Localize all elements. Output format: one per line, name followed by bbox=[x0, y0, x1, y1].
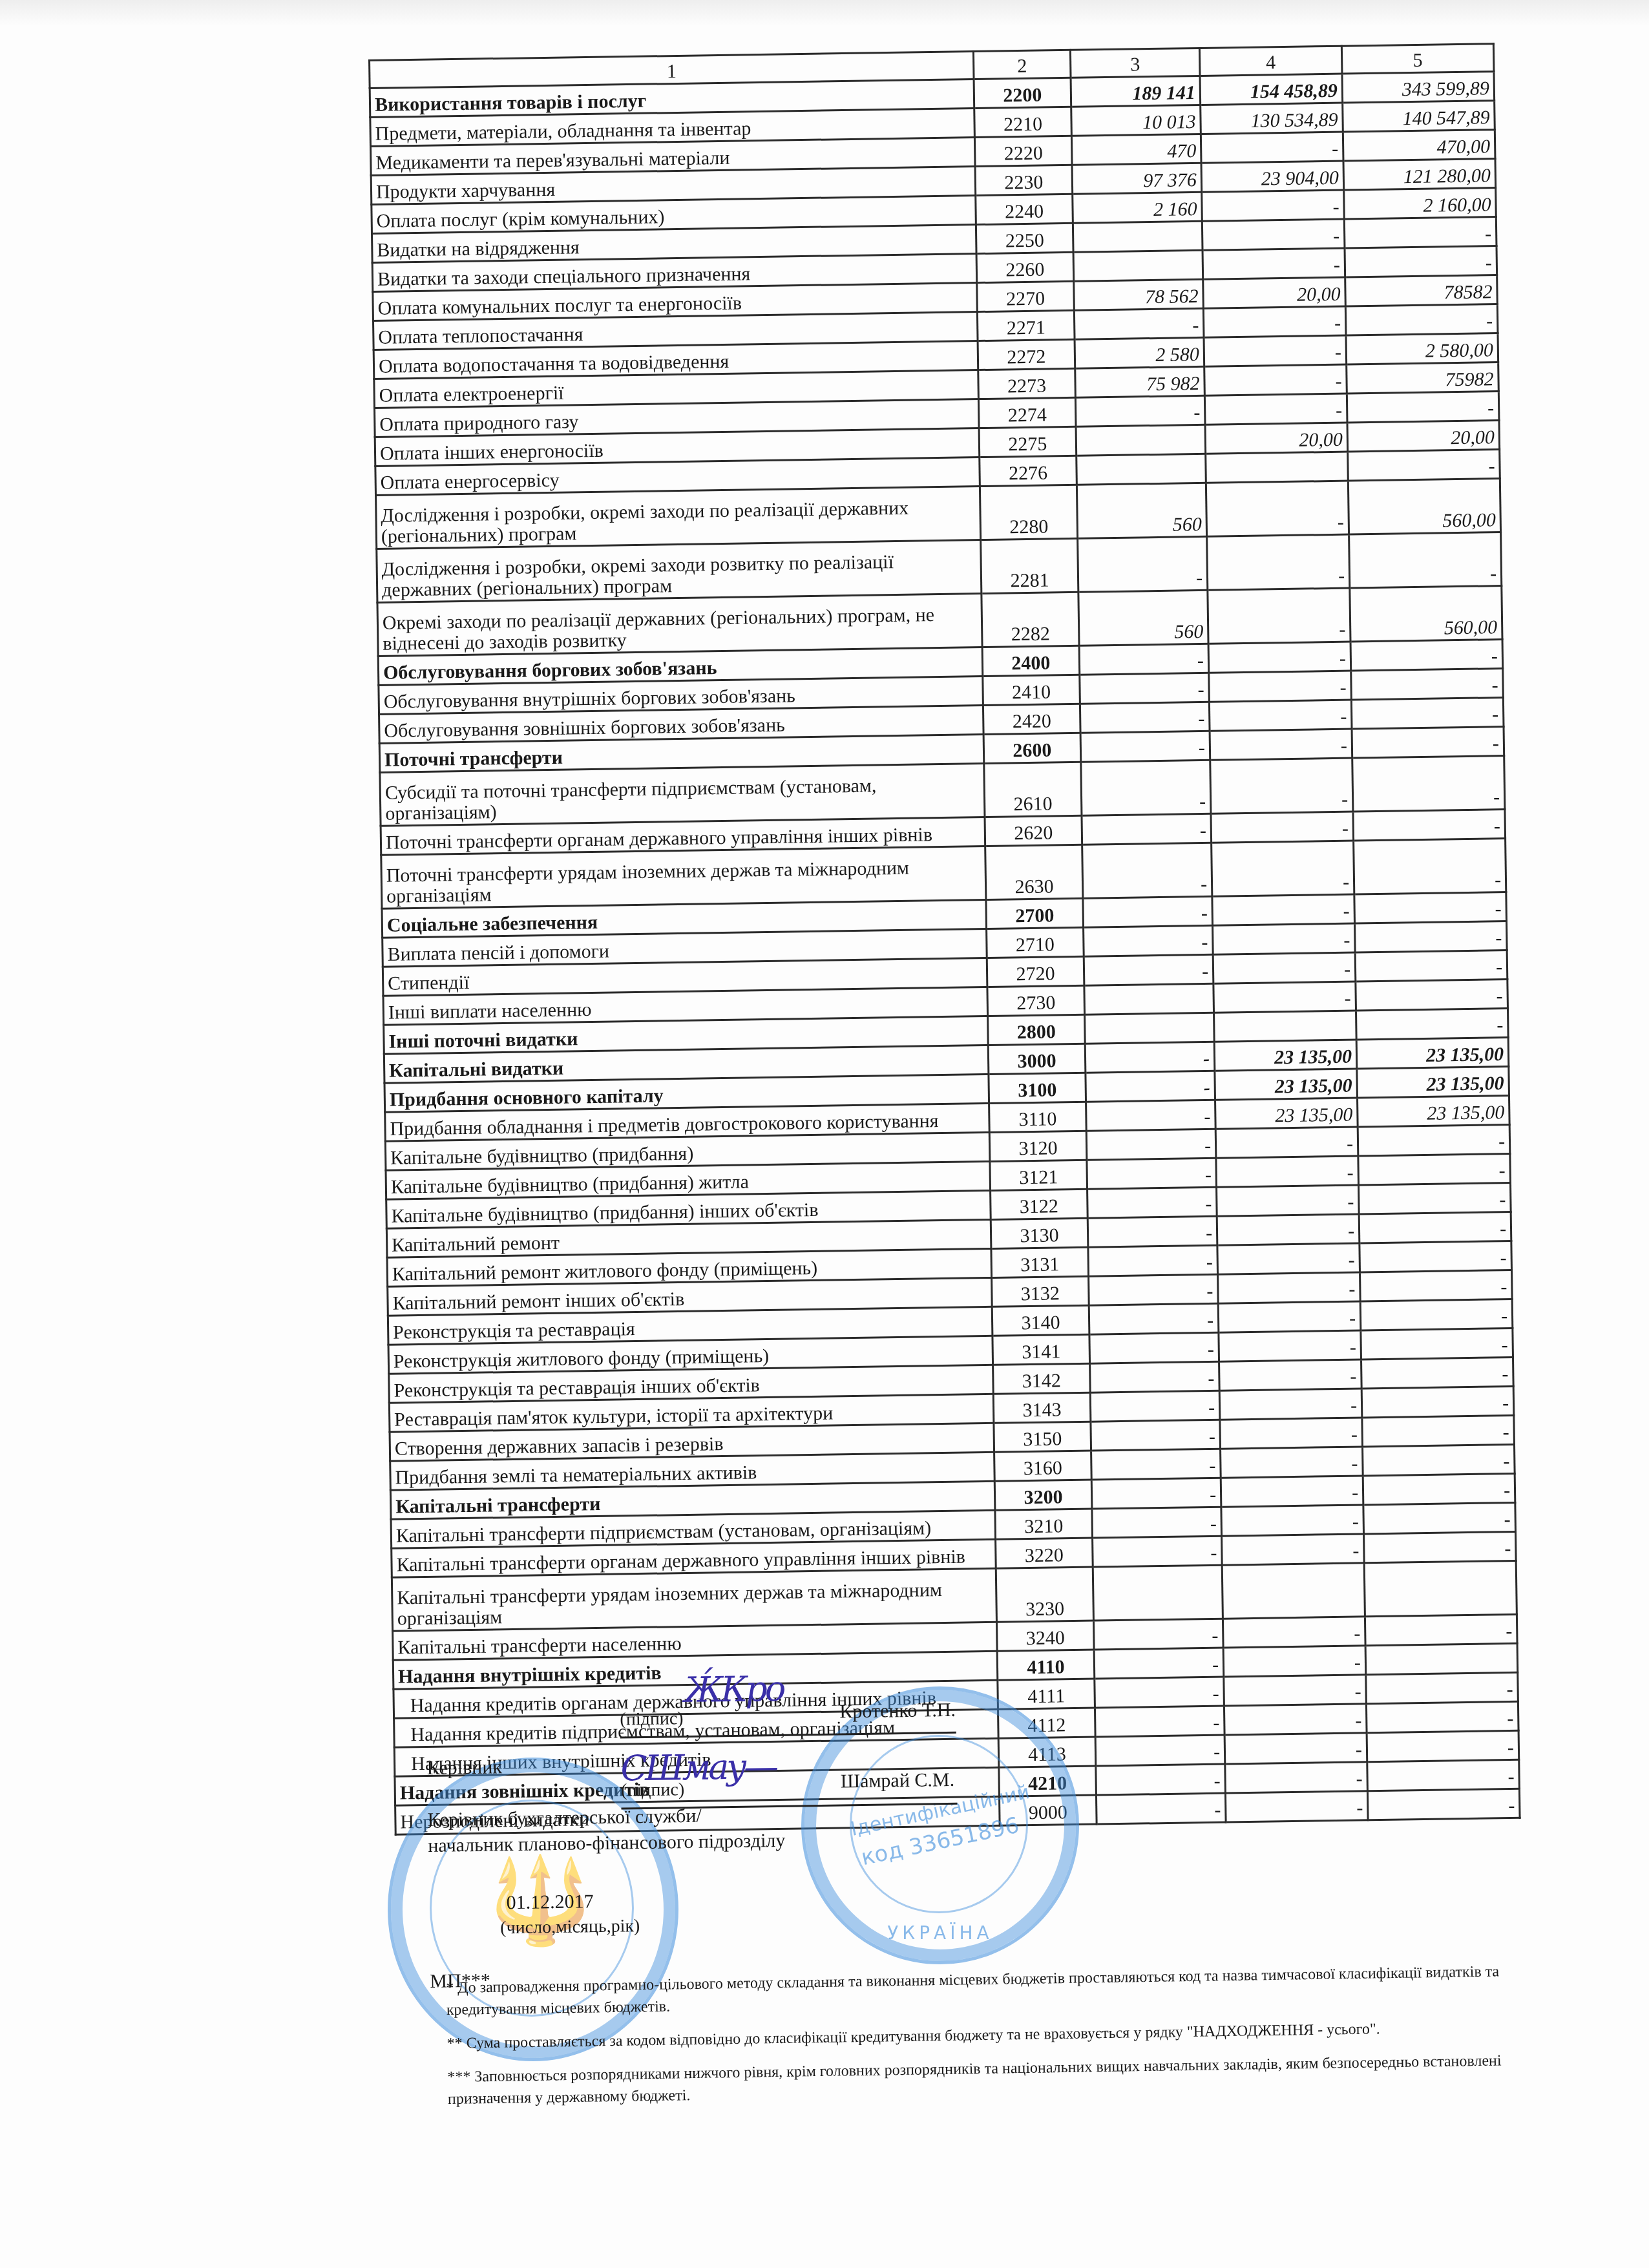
row-value-col5: - bbox=[1352, 727, 1504, 758]
row-code: 2273 bbox=[978, 368, 1076, 399]
row-value-col4: - bbox=[1208, 588, 1350, 644]
row-code: 4110 bbox=[997, 1650, 1095, 1680]
row-code: 3230 bbox=[996, 1567, 1093, 1622]
row-code: 3132 bbox=[992, 1276, 1089, 1307]
row-code: 3240 bbox=[996, 1621, 1094, 1651]
row-code: 3130 bbox=[991, 1218, 1088, 1248]
row-code: 2700 bbox=[986, 898, 1084, 929]
row-code: 3141 bbox=[993, 1334, 1090, 1365]
row-code: 2420 bbox=[983, 704, 1080, 734]
row-value-col5: - bbox=[1363, 1502, 1516, 1533]
row-value-col4: - bbox=[1222, 1534, 1365, 1565]
row-value-col3: 2 580 bbox=[1075, 337, 1204, 368]
row-value-col4: 20,00 bbox=[1205, 423, 1348, 454]
row-value-col3: - bbox=[1081, 760, 1211, 815]
row-value-col3: 560 bbox=[1078, 590, 1208, 646]
row-value-col3: - bbox=[1082, 814, 1212, 845]
row-code: 2600 bbox=[983, 733, 1081, 763]
row-value-col4: - bbox=[1217, 1185, 1360, 1216]
row-value-col3: - bbox=[1095, 1677, 1224, 1708]
row-value-col3: 560 bbox=[1077, 483, 1206, 538]
row-value-col5: - bbox=[1349, 532, 1502, 588]
row-value-col4: - bbox=[1221, 1447, 1363, 1478]
row-code: 3143 bbox=[993, 1392, 1091, 1423]
row-value-col4: - bbox=[1216, 1156, 1359, 1187]
row-value-col5 bbox=[1365, 1643, 1518, 1674]
row-value-col5: - bbox=[1367, 1730, 1519, 1761]
row-name: Дослідження і розробки, окремі заходи ро… bbox=[377, 540, 982, 603]
row-code: 2275 bbox=[979, 426, 1077, 457]
row-value-col4: - bbox=[1219, 1389, 1362, 1420]
row-value-col3: - bbox=[1087, 1158, 1217, 1189]
row-value-col4: - bbox=[1204, 364, 1347, 395]
row-value-col3 bbox=[1085, 1013, 1215, 1044]
accountant-label-line2: начальник планово-фінансового підрозділу bbox=[428, 1830, 786, 1857]
row-value-col3: - bbox=[1085, 1042, 1215, 1073]
row-code: 2270 bbox=[977, 281, 1075, 311]
budget-table-container: 1 2 3 4 5 Використання товарів і послуг2… bbox=[368, 43, 1519, 1836]
expenditure-table: 1 2 3 4 5 Використання товарів і послуг2… bbox=[368, 43, 1521, 1836]
row-code: 3200 bbox=[994, 1480, 1092, 1510]
row-code: 2276 bbox=[980, 456, 1077, 486]
row-code: 2230 bbox=[975, 165, 1073, 195]
row-code: 2272 bbox=[978, 339, 1075, 370]
row-value-col4 bbox=[1222, 1563, 1365, 1619]
row-value-col5: - bbox=[1366, 1672, 1518, 1703]
row-value-col5: - bbox=[1361, 1357, 1514, 1388]
row-value-col4: - bbox=[1203, 306, 1346, 337]
row-value-col4: 130 534,89 bbox=[1201, 103, 1343, 134]
row-value-col5: 23 135,00 bbox=[1358, 1095, 1510, 1126]
header-col-4: 4 bbox=[1199, 46, 1342, 76]
row-value-col4: - bbox=[1218, 1272, 1361, 1303]
row-value-col3: - bbox=[1089, 1332, 1219, 1363]
row-value-col3: 189 141 bbox=[1071, 76, 1201, 107]
row-value-col3: - bbox=[1078, 536, 1208, 592]
row-value-col3: - bbox=[1093, 1619, 1223, 1650]
scan-edge-shadow bbox=[0, 0, 1649, 26]
row-value-col3: - bbox=[1079, 644, 1209, 675]
row-value-col4: 23 135,00 bbox=[1215, 1069, 1358, 1100]
row-value-col4: - bbox=[1209, 671, 1352, 702]
row-value-col3: - bbox=[1091, 1449, 1221, 1480]
row-code: 4111 bbox=[998, 1679, 1095, 1709]
row-value-col3: - bbox=[1089, 1303, 1219, 1334]
row-value-col5: - bbox=[1345, 304, 1498, 335]
row-value-col5: 23 135,00 bbox=[1357, 1066, 1509, 1097]
row-value-col5: 78582 bbox=[1345, 275, 1498, 306]
head-label: Керівник bbox=[426, 1756, 502, 1780]
row-value-col5: - bbox=[1363, 1473, 1515, 1504]
row-value-col4: 23 135,00 bbox=[1215, 1098, 1358, 1129]
row-code: 2280 bbox=[980, 485, 1077, 540]
header-col-5: 5 bbox=[1341, 44, 1494, 74]
row-code: 3220 bbox=[996, 1538, 1093, 1568]
row-value-col4: - bbox=[1217, 1243, 1360, 1274]
row-value-col3 bbox=[1076, 425, 1206, 456]
row-value-col5: - bbox=[1358, 1153, 1511, 1184]
row-code: 2250 bbox=[976, 223, 1073, 253]
row-value-col4 bbox=[1214, 1011, 1357, 1042]
row-value-col3: - bbox=[1093, 1536, 1223, 1567]
row-value-col3: - bbox=[1090, 1391, 1220, 1422]
row-value-col3: - bbox=[1091, 1478, 1221, 1509]
row-value-col4: 23 135,00 bbox=[1214, 1040, 1357, 1071]
row-code: 2610 bbox=[984, 762, 1082, 817]
row-value-col3: - bbox=[1096, 1764, 1226, 1795]
accountant-label-line1: Керівник бухгалтерської служби/ bbox=[427, 1805, 701, 1831]
row-value-col5: 121 280,00 bbox=[1343, 159, 1496, 190]
row-value-col4: - bbox=[1221, 1505, 1364, 1536]
row-value-col4: - bbox=[1224, 1733, 1367, 1764]
row-value-col3: 10 013 bbox=[1071, 105, 1201, 136]
report-date: 01.12.2017 bbox=[506, 1891, 593, 1914]
row-value-col3: - bbox=[1080, 702, 1210, 733]
head-handwritten-signature: Ж́Кро bbox=[684, 1668, 783, 1710]
row-value-col3: - bbox=[1095, 1735, 1225, 1766]
row-value-col5: 23 135,00 bbox=[1356, 1037, 1509, 1068]
row-name: Поточні трансферти урядам іноземних держ… bbox=[381, 846, 986, 908]
row-value-col3: 2 160 bbox=[1073, 192, 1203, 223]
row-code: 2630 bbox=[985, 845, 1083, 899]
row-code: 3100 bbox=[989, 1073, 1086, 1103]
row-value-col5: - bbox=[1348, 450, 1500, 481]
row-value-col3: - bbox=[1084, 954, 1213, 985]
row-value-col3: - bbox=[1087, 1187, 1217, 1218]
row-value-col4: - bbox=[1225, 1791, 1368, 1822]
row-value-col5: - bbox=[1356, 980, 1508, 1011]
row-value-col3: - bbox=[1087, 1216, 1217, 1247]
row-code: 3150 bbox=[994, 1422, 1091, 1452]
row-name: Капітальні трансферти урядам іноземних д… bbox=[392, 1568, 996, 1631]
row-value-col5: 75982 bbox=[1347, 362, 1499, 394]
row-value-col5: - bbox=[1361, 1386, 1514, 1417]
row-value-col3: - bbox=[1086, 1071, 1215, 1102]
row-value-col4: - bbox=[1219, 1360, 1362, 1391]
row-code: 2260 bbox=[976, 252, 1074, 282]
row-code: 3160 bbox=[994, 1451, 1092, 1481]
row-value-col5: - bbox=[1344, 217, 1497, 248]
header-col-2: 2 bbox=[973, 50, 1071, 79]
row-value-col5: - bbox=[1360, 1270, 1513, 1301]
row-value-col4: - bbox=[1208, 642, 1351, 673]
row-value-col5: 2 580,00 bbox=[1346, 333, 1498, 364]
row-value-col4: - bbox=[1221, 1476, 1363, 1507]
row-value-col5: - bbox=[1356, 1009, 1509, 1040]
row-code: 3210 bbox=[995, 1509, 1093, 1539]
row-code: 2400 bbox=[982, 646, 1080, 676]
row-value-col3: 470 bbox=[1071, 134, 1201, 165]
row-value-col4: - bbox=[1202, 190, 1345, 221]
row-value-col3: - bbox=[1089, 1274, 1219, 1305]
row-value-col3: 97 376 bbox=[1072, 163, 1202, 194]
row-value-col5: - bbox=[1359, 1182, 1511, 1213]
row-value-col4: - bbox=[1217, 1214, 1360, 1245]
row-value-col5: - bbox=[1365, 1614, 1517, 1645]
row-code: 2620 bbox=[985, 815, 1082, 846]
row-value-col3: - bbox=[1083, 896, 1213, 927]
row-value-col5: - bbox=[1362, 1415, 1515, 1446]
row-name: Субсидії та поточні трансферти підприємс… bbox=[380, 763, 985, 826]
row-value-col3: - bbox=[1086, 1100, 1216, 1131]
row-value-col4: - bbox=[1213, 923, 1356, 954]
row-value-col4: - bbox=[1211, 812, 1354, 843]
row-value-col5: - bbox=[1367, 1759, 1520, 1790]
row-value-col3: - bbox=[1082, 843, 1212, 898]
row-value-col4: - bbox=[1201, 132, 1343, 163]
row-name: Окремі заходи по реалізації державних (р… bbox=[377, 594, 982, 656]
row-value-col4: - bbox=[1204, 335, 1347, 366]
footnote-2: ** Сума проставляється за кодом відповід… bbox=[446, 2016, 1513, 2055]
row-value-col4: 20,00 bbox=[1203, 277, 1346, 308]
row-value-col4: - bbox=[1219, 1330, 1361, 1361]
row-value-col4: - bbox=[1210, 729, 1352, 760]
row-value-col5: - bbox=[1361, 1328, 1513, 1359]
row-value-col3: - bbox=[1080, 731, 1210, 762]
row-value-col4: - bbox=[1215, 1127, 1358, 1158]
row-value-col3: - bbox=[1080, 673, 1210, 704]
row-value-col5: 560,00 bbox=[1348, 479, 1500, 534]
row-value-col5: - bbox=[1347, 392, 1499, 423]
row-value-col4: - bbox=[1202, 219, 1345, 250]
row-value-col5: - bbox=[1350, 640, 1503, 671]
row-value-col4: - bbox=[1213, 982, 1356, 1013]
row-value-col5: - bbox=[1364, 1531, 1517, 1562]
row-code: 2710 bbox=[987, 927, 1084, 958]
row-code: 2240 bbox=[976, 194, 1073, 224]
row-value-col5: 343 599,89 bbox=[1342, 72, 1495, 103]
row-code: 2282 bbox=[982, 592, 1079, 647]
row-code: 2410 bbox=[983, 675, 1080, 705]
row-value-col5: - bbox=[1351, 698, 1504, 729]
row-value-col5: 470,00 bbox=[1343, 130, 1495, 161]
row-value-col3: - bbox=[1086, 1129, 1216, 1160]
row-code: 2281 bbox=[981, 538, 1078, 593]
row-value-col4: 154 458,89 bbox=[1200, 74, 1343, 105]
row-value-col4: - bbox=[1218, 1301, 1361, 1332]
row-value-col3: - bbox=[1091, 1420, 1221, 1451]
row-value-col5: - bbox=[1354, 892, 1507, 923]
row-value-col4: - bbox=[1220, 1418, 1363, 1449]
row-value-col5: 20,00 bbox=[1347, 421, 1500, 452]
row-value-col5 bbox=[1364, 1560, 1517, 1616]
row-value-col3 bbox=[1093, 1565, 1223, 1621]
row-value-col5: - bbox=[1360, 1241, 1512, 1272]
row-value-col4: - bbox=[1212, 894, 1355, 925]
row-value-col4 bbox=[1206, 452, 1349, 483]
row-value-col5: - bbox=[1355, 921, 1507, 952]
row-value-col3: 75 982 bbox=[1075, 366, 1205, 397]
row-value-col3: - bbox=[1074, 308, 1204, 339]
row-value-col5: - bbox=[1358, 1124, 1510, 1155]
row-value-col4: - bbox=[1206, 481, 1349, 536]
row-value-col5: - bbox=[1353, 810, 1506, 841]
row-value-col3: - bbox=[1095, 1706, 1224, 1737]
row-value-col5: 140 547,89 bbox=[1343, 101, 1495, 132]
right-stamp-country: УКРАЇНА bbox=[876, 1922, 1005, 1944]
row-value-col5: - bbox=[1363, 1444, 1515, 1475]
row-code: 2720 bbox=[987, 956, 1084, 987]
row-value-col4: - bbox=[1207, 534, 1350, 590]
row-value-col5: - bbox=[1354, 839, 1506, 894]
footnotes: * До запровадження програмно-цільового м… bbox=[446, 1960, 1514, 2122]
row-value-col4: - bbox=[1212, 841, 1354, 896]
row-name: Дослідження і розробки, окремі заходи по… bbox=[376, 487, 981, 549]
row-value-col3: - bbox=[1092, 1507, 1222, 1538]
row-value-col3: 78 562 bbox=[1074, 279, 1204, 310]
row-code: 3140 bbox=[992, 1305, 1089, 1336]
row-code: 2220 bbox=[974, 136, 1072, 166]
row-value-col3: - bbox=[1094, 1648, 1224, 1679]
row-value-col5: - bbox=[1360, 1299, 1513, 1330]
row-value-col5: - bbox=[1352, 756, 1505, 812]
row-value-col3: - bbox=[1096, 1793, 1226, 1824]
header-col-3: 3 bbox=[1070, 48, 1200, 78]
row-value-col5: - bbox=[1345, 246, 1497, 277]
row-value-col4: - bbox=[1213, 952, 1356, 983]
row-code: 3121 bbox=[990, 1160, 1087, 1190]
scanned-page: 1 2 3 4 5 Використання товарів і послуг2… bbox=[0, 0, 1649, 2268]
row-code: 2800 bbox=[988, 1014, 1086, 1045]
row-value-col4: - bbox=[1204, 394, 1347, 425]
row-code: 3131 bbox=[991, 1247, 1089, 1277]
row-code: 3122 bbox=[991, 1189, 1088, 1219]
row-code: 2274 bbox=[978, 397, 1076, 428]
row-value-col5: - bbox=[1355, 950, 1507, 982]
row-code: 3142 bbox=[993, 1363, 1091, 1394]
row-value-col4: - bbox=[1223, 1617, 1365, 1648]
row-code: 2200 bbox=[974, 78, 1071, 108]
row-value-col4: - bbox=[1224, 1704, 1367, 1735]
row-value-col3 bbox=[1073, 221, 1203, 252]
row-code: 2210 bbox=[974, 107, 1072, 137]
row-code: 2271 bbox=[977, 310, 1075, 341]
row-value-col3 bbox=[1073, 250, 1203, 281]
row-value-col4: - bbox=[1223, 1646, 1366, 1677]
row-value-col3: - bbox=[1090, 1361, 1220, 1392]
row-value-col3 bbox=[1077, 454, 1206, 485]
row-code: 3120 bbox=[989, 1131, 1087, 1161]
head-name: Кротенко Т.П. bbox=[839, 1699, 956, 1723]
row-value-col3: - bbox=[1088, 1245, 1218, 1276]
report-date-caption: (число,місяць,рік) bbox=[500, 1916, 640, 1938]
row-value-col5: - bbox=[1367, 1789, 1520, 1820]
row-value-col3 bbox=[1084, 983, 1214, 1014]
row-value-col4: - bbox=[1203, 248, 1345, 279]
row-value-col4: - bbox=[1209, 700, 1352, 731]
row-value-col4: - bbox=[1225, 1762, 1368, 1793]
row-code: 3110 bbox=[989, 1102, 1087, 1132]
row-value-col4: - bbox=[1224, 1675, 1367, 1706]
row-value-col5: 560,00 bbox=[1350, 586, 1502, 642]
row-code: 2730 bbox=[987, 985, 1085, 1016]
row-value-col4: 23 904,00 bbox=[1201, 161, 1344, 192]
row-value-col3: - bbox=[1084, 925, 1213, 956]
accountant-handwritten-signature: СШмay— bbox=[620, 1746, 776, 1789]
row-value-col5: 2 160,00 bbox=[1344, 188, 1497, 219]
accountant-name: Шамрай С.М. bbox=[841, 1769, 955, 1793]
row-value-col5: - bbox=[1359, 1212, 1511, 1243]
row-value-col5: - bbox=[1351, 669, 1504, 700]
row-value-col4: - bbox=[1210, 758, 1353, 814]
row-code: 3000 bbox=[988, 1044, 1086, 1074]
row-value-col5: - bbox=[1366, 1701, 1518, 1732]
footnote-3: *** Заповнюється розпорядниками нижчого … bbox=[447, 2050, 1514, 2110]
row-value-col3: - bbox=[1075, 395, 1205, 426]
